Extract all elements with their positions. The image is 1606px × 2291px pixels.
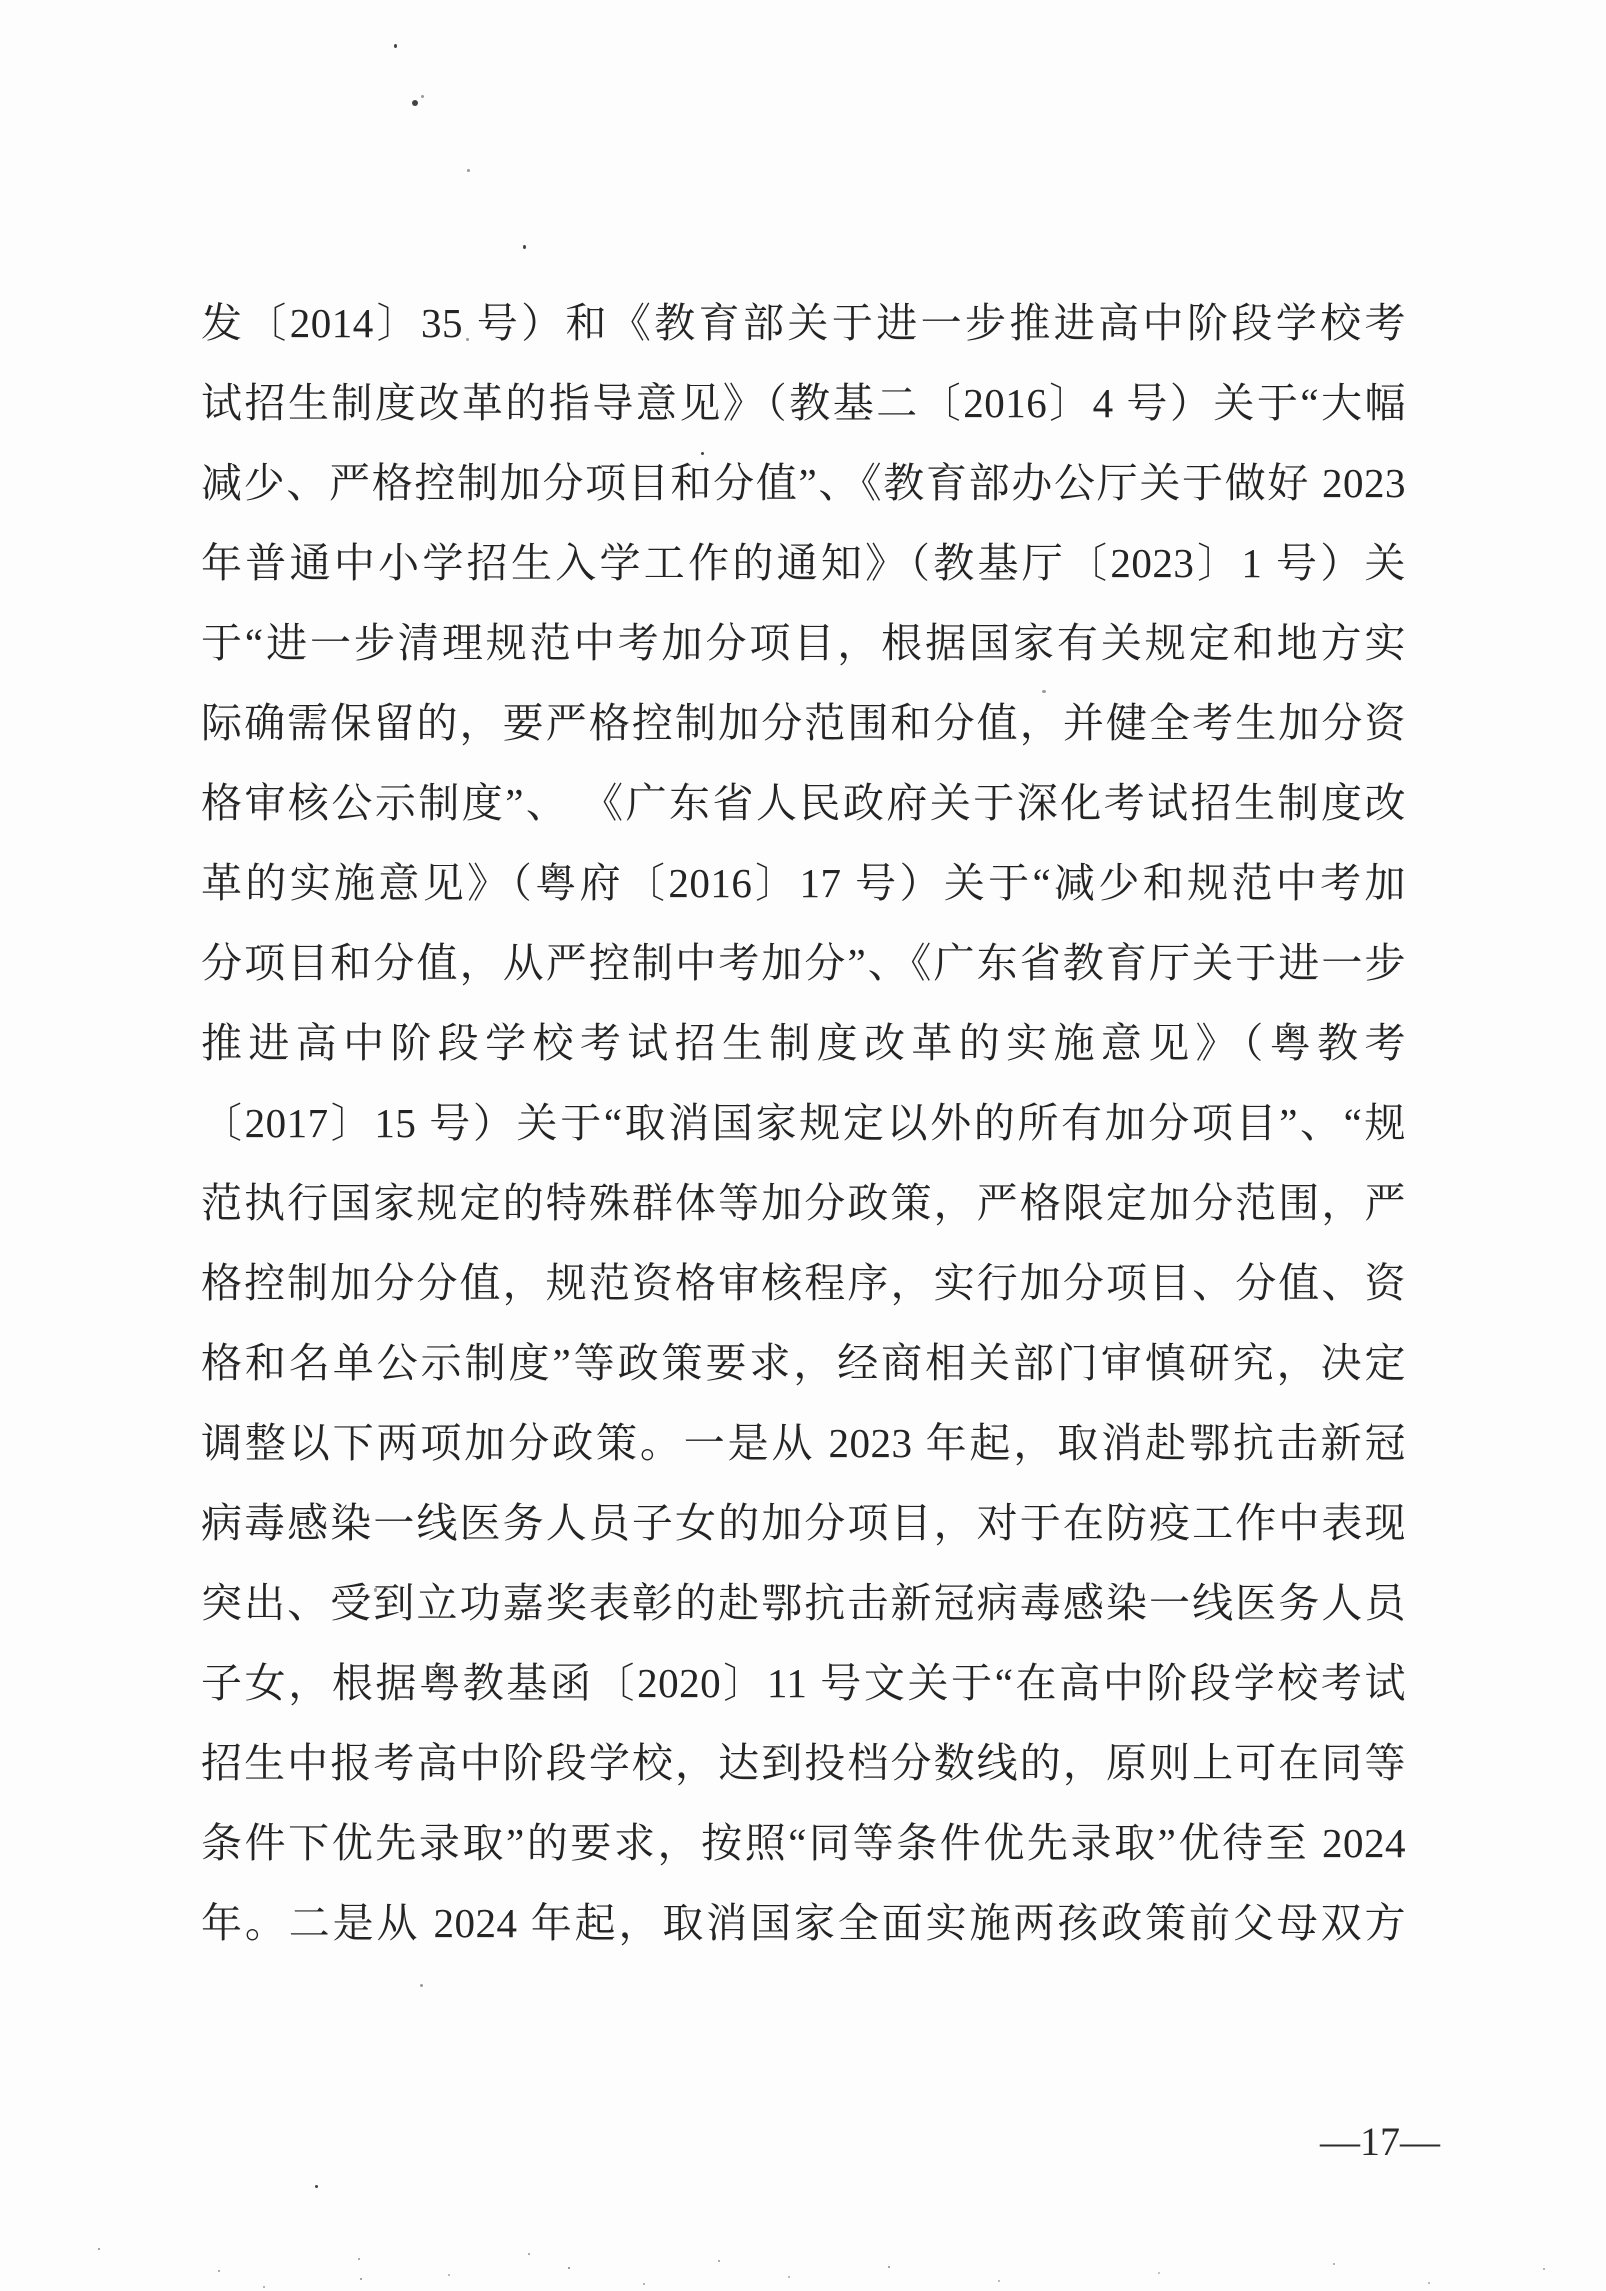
text-line-8: 革的实施意见》（粤府〔2016〕17 号）关于“减少和规范中考加 bbox=[201, 843, 1406, 923]
text-line-3: 减少、严格控制加分项目和分值”、《教育部办公厅关于做好 2023 bbox=[201, 443, 1406, 523]
text-line-20: 条件下优先录取”的要求，按照“同等条件优先录取”优待至 2024 bbox=[201, 1803, 1406, 1883]
text-line-10: 推进高中阶段学校考试招生制度改革的实施意见》（粤教考 bbox=[201, 1003, 1406, 1083]
text-line-7: 格审核公示制度”、 《广东省人民政府关于深化考试招生制度改 bbox=[201, 763, 1406, 843]
text-line-16: 病毒感染一线医务人员子女的加分项目，对于在防疫工作中表现 bbox=[201, 1483, 1406, 1563]
scanned-document-page: 发〔2014〕35 号）和《教育部关于进一步推进高中阶段学校考 试招生制度改革的… bbox=[0, 0, 1606, 2291]
text-line-11: 〔2017〕15 号）关于“取消国家规定以外的所有加分项目”、“规 bbox=[201, 1083, 1406, 1163]
text-line-6: 际确需保留的，要严格控制加分范围和分值，并健全考生加分资 bbox=[201, 683, 1406, 763]
scan-speck bbox=[420, 1984, 423, 1987]
text-line-13: 格控制加分分值，规范资格审核程序，实行加分项目、分值、资 bbox=[201, 1243, 1406, 1323]
text-line-2: 试招生制度改革的指导意见》（教基二〔2016〕4 号）关于“大幅 bbox=[201, 363, 1406, 443]
document-body-text: 发〔2014〕35 号）和《教育部关于进一步推进高中阶段学校考 试招生制度改革的… bbox=[201, 283, 1406, 1963]
scan-speck bbox=[466, 338, 469, 341]
text-line-1: 发〔2014〕35 号）和《教育部关于进一步推进高中阶段学校考 bbox=[201, 283, 1406, 363]
text-line-17: 突出、受到立功嘉奖表彰的赴鄂抗击新冠病毒感染一线医务人员 bbox=[201, 1563, 1406, 1643]
scan-speck bbox=[1042, 690, 1046, 693]
text-line-21: 年。二是从 2024 年起，取消国家全面实施两孩政策前父母双方 bbox=[201, 1883, 1406, 1963]
scan-noise-band bbox=[98, 2248, 100, 2250]
scan-speck bbox=[394, 44, 397, 48]
scan-speck bbox=[315, 2185, 318, 2188]
text-line-14: 格和名单公示制度”等政策要求，经商相关部门审慎研究，决定 bbox=[201, 1323, 1406, 1403]
scan-speck bbox=[701, 452, 704, 455]
page-number: —17— bbox=[1310, 2118, 1450, 2165]
text-line-12: 范执行国家规定的特殊群体等加分政策，严格限定加分范围，严 bbox=[201, 1163, 1406, 1243]
scan-speck bbox=[467, 169, 470, 172]
text-line-15: 调整以下两项加分政策。一是从 2023 年起，取消赴鄂抗击新冠 bbox=[201, 1403, 1406, 1483]
text-line-5: 于“进一步清理规范中考加分项目，根据国家有关规定和地方实 bbox=[201, 603, 1406, 683]
scan-speck bbox=[421, 95, 424, 98]
scan-speck bbox=[688, 1125, 691, 1128]
text-line-4: 年普通中小学招生入学工作的通知》（教基厅〔2023〕1 号）关 bbox=[201, 523, 1406, 603]
scan-speck bbox=[374, 1588, 377, 1592]
scan-speck bbox=[412, 100, 418, 106]
scan-speck bbox=[523, 245, 526, 249]
text-line-19: 招生中报考高中阶段学校，达到投档分数线的，原则上可在同等 bbox=[201, 1723, 1406, 1803]
text-line-9: 分项目和分值，从严控制中考加分”、《广东省教育厅关于进一步 bbox=[201, 923, 1406, 1003]
text-line-18: 子女，根据粤教基函〔2020〕11 号文关于“在高中阶段学校考试 bbox=[201, 1643, 1406, 1723]
